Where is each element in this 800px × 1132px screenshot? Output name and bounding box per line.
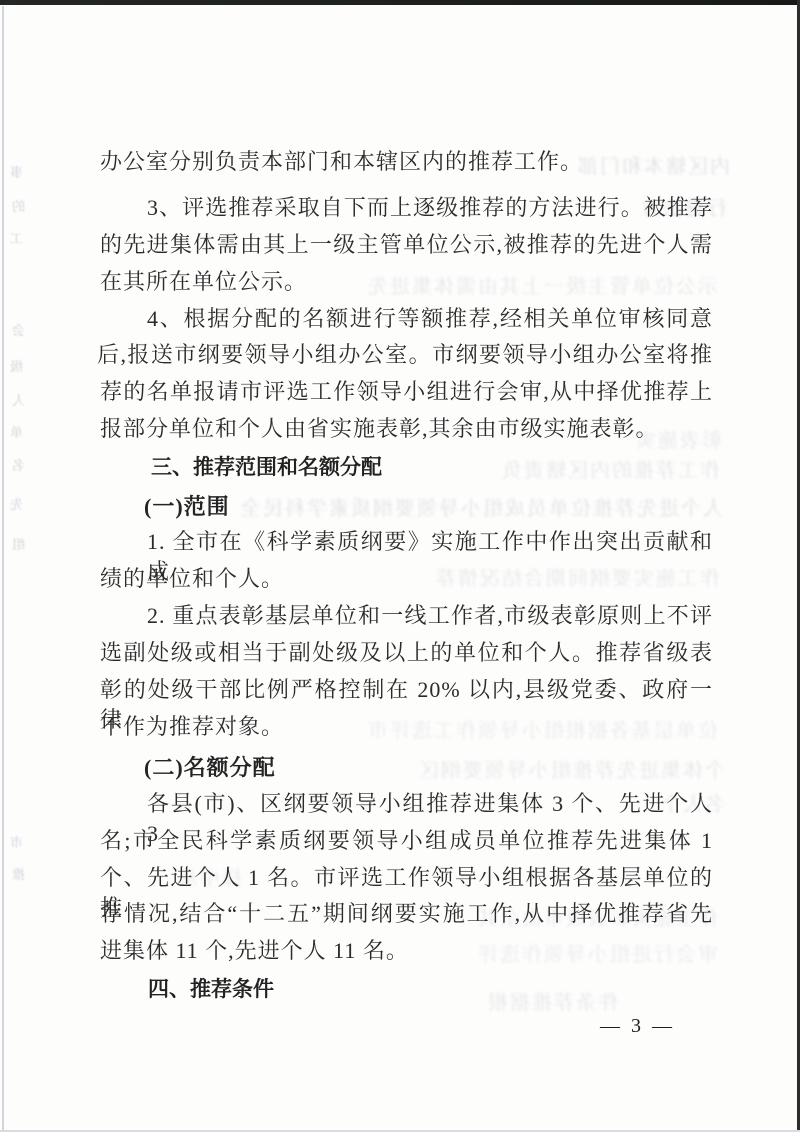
text-line: 报部分单位和个人由省实施表彰,其余由市级实施表彰。 bbox=[100, 414, 659, 444]
text-line: 1. 全市在《科学素质纲要》实施工作中作出突出贡献和成 bbox=[147, 527, 713, 557]
bleedthrough-mark: 件条荐推据根 bbox=[380, 986, 618, 1015]
bleedthrough-mark: 示公位单管主级一上其由需体集进先 bbox=[330, 270, 718, 299]
page-number: — 3 — bbox=[600, 1011, 675, 1041]
bleedthrough-tick: 先 bbox=[10, 494, 23, 513]
subsection-heading-scope: (一)范围 bbox=[144, 492, 230, 522]
text-line: 各县(市)、区纲要领导小组推荐进集体 3 个、先进个人 3 bbox=[147, 789, 713, 819]
text-line: 彰的处级干部比例严格控制在 20% 以内,县级党委、政府一律 bbox=[100, 675, 713, 705]
bleedthrough-mark: 作工施实要纲间期合结况情荐 bbox=[255, 562, 720, 591]
text-line: 3、评选推荐采取自下而上逐级推荐的方法进行。被推荐 bbox=[147, 193, 713, 223]
text-line: 绩的单位和个人。 bbox=[100, 564, 284, 594]
bleedthrough-mark: 作工荐推的内区辖责负 bbox=[380, 454, 720, 483]
bleedthrough-tick: 工 bbox=[10, 228, 23, 247]
section-heading-3: 三、推荐范围和名额分配 bbox=[151, 453, 382, 483]
scanned-document-page: 内区辖本和门部 行进法方 示公位单管主级一上其由需体集进先 彰表施实 作工荐推的… bbox=[0, 0, 800, 1132]
text-line: 荐情况,结合“十二五”期间纲要实施工作,从中择优推荐省先 bbox=[100, 899, 713, 929]
text-line: 进集体 11 个,先进个人 11 名。 bbox=[100, 936, 409, 966]
text-line: 后,报送市纲要领导小组办公室。市纲要领导小组办公室将推 bbox=[97, 340, 713, 370]
bleedthrough-mark: 内区辖本和门部 bbox=[560, 150, 730, 179]
bleedthrough-mark: 审会行进组小导领作选评 bbox=[420, 938, 718, 967]
bleedthrough-tick: 的 bbox=[12, 196, 25, 215]
subsection-heading-quota: (二)名额分配 bbox=[144, 753, 276, 783]
bleedthrough-mark: 位单层基各据根组小导领作工选评市 bbox=[300, 714, 718, 743]
bleedthrough-tick: 名 bbox=[12, 455, 25, 474]
scan-edge-left bbox=[2, 6, 4, 1132]
text-line: 2. 重点表彰基层单位和一线工作者,市级表彰原则上不评 bbox=[147, 601, 713, 631]
bleedthrough-tick: 级 bbox=[10, 356, 23, 375]
text-line: 个、先进个人 1 名。市评选工作领导小组根据各基层单位的推 bbox=[100, 863, 713, 893]
bleedthrough-tick: 会 bbox=[12, 320, 25, 339]
bleedthrough-mark: 人个进先荐推位单员成组小导领要纲质素学科民全 bbox=[215, 492, 723, 521]
bleedthrough-tick: 人 bbox=[12, 390, 25, 409]
scan-edge-top bbox=[0, 0, 800, 5]
text-line: 办公室分别负责本部门和本辖区内的推荐工作。 bbox=[100, 147, 583, 177]
bleedthrough-tick: 事 bbox=[10, 162, 23, 181]
text-line: 名;市全民科学素质纲要领导小组成员单位推荐先进集体 1 bbox=[100, 826, 713, 856]
bleedthrough-tick: 组 bbox=[12, 534, 25, 553]
section-heading-4: 四、推荐条件 bbox=[148, 975, 274, 1005]
bleedthrough-mark: 个体集进先荐推组小导领要纲区 bbox=[330, 754, 725, 783]
bleedthrough-tick: 单 bbox=[10, 422, 23, 441]
text-line: 的先进集体需由其上一级主管单位公示,被推荐的先进个人需 bbox=[100, 230, 713, 260]
text-line: 选副处级或相当于副处级及以上的单位和个人。推荐省级表 bbox=[100, 638, 713, 668]
bleedthrough-tick: 推 bbox=[12, 864, 25, 883]
text-line: 不作为推荐对象。 bbox=[100, 712, 284, 742]
text-line: 荐的名单报请市评选工作领导小组进行会审,从中择优推荐上 bbox=[100, 377, 713, 407]
bleedthrough-tick: 市 bbox=[10, 832, 23, 851]
text-line: 在其所在单位公示。 bbox=[100, 267, 307, 297]
text-line: 4、根据分配的名额进行等额推荐,经相关单位审核同意 bbox=[147, 304, 713, 334]
